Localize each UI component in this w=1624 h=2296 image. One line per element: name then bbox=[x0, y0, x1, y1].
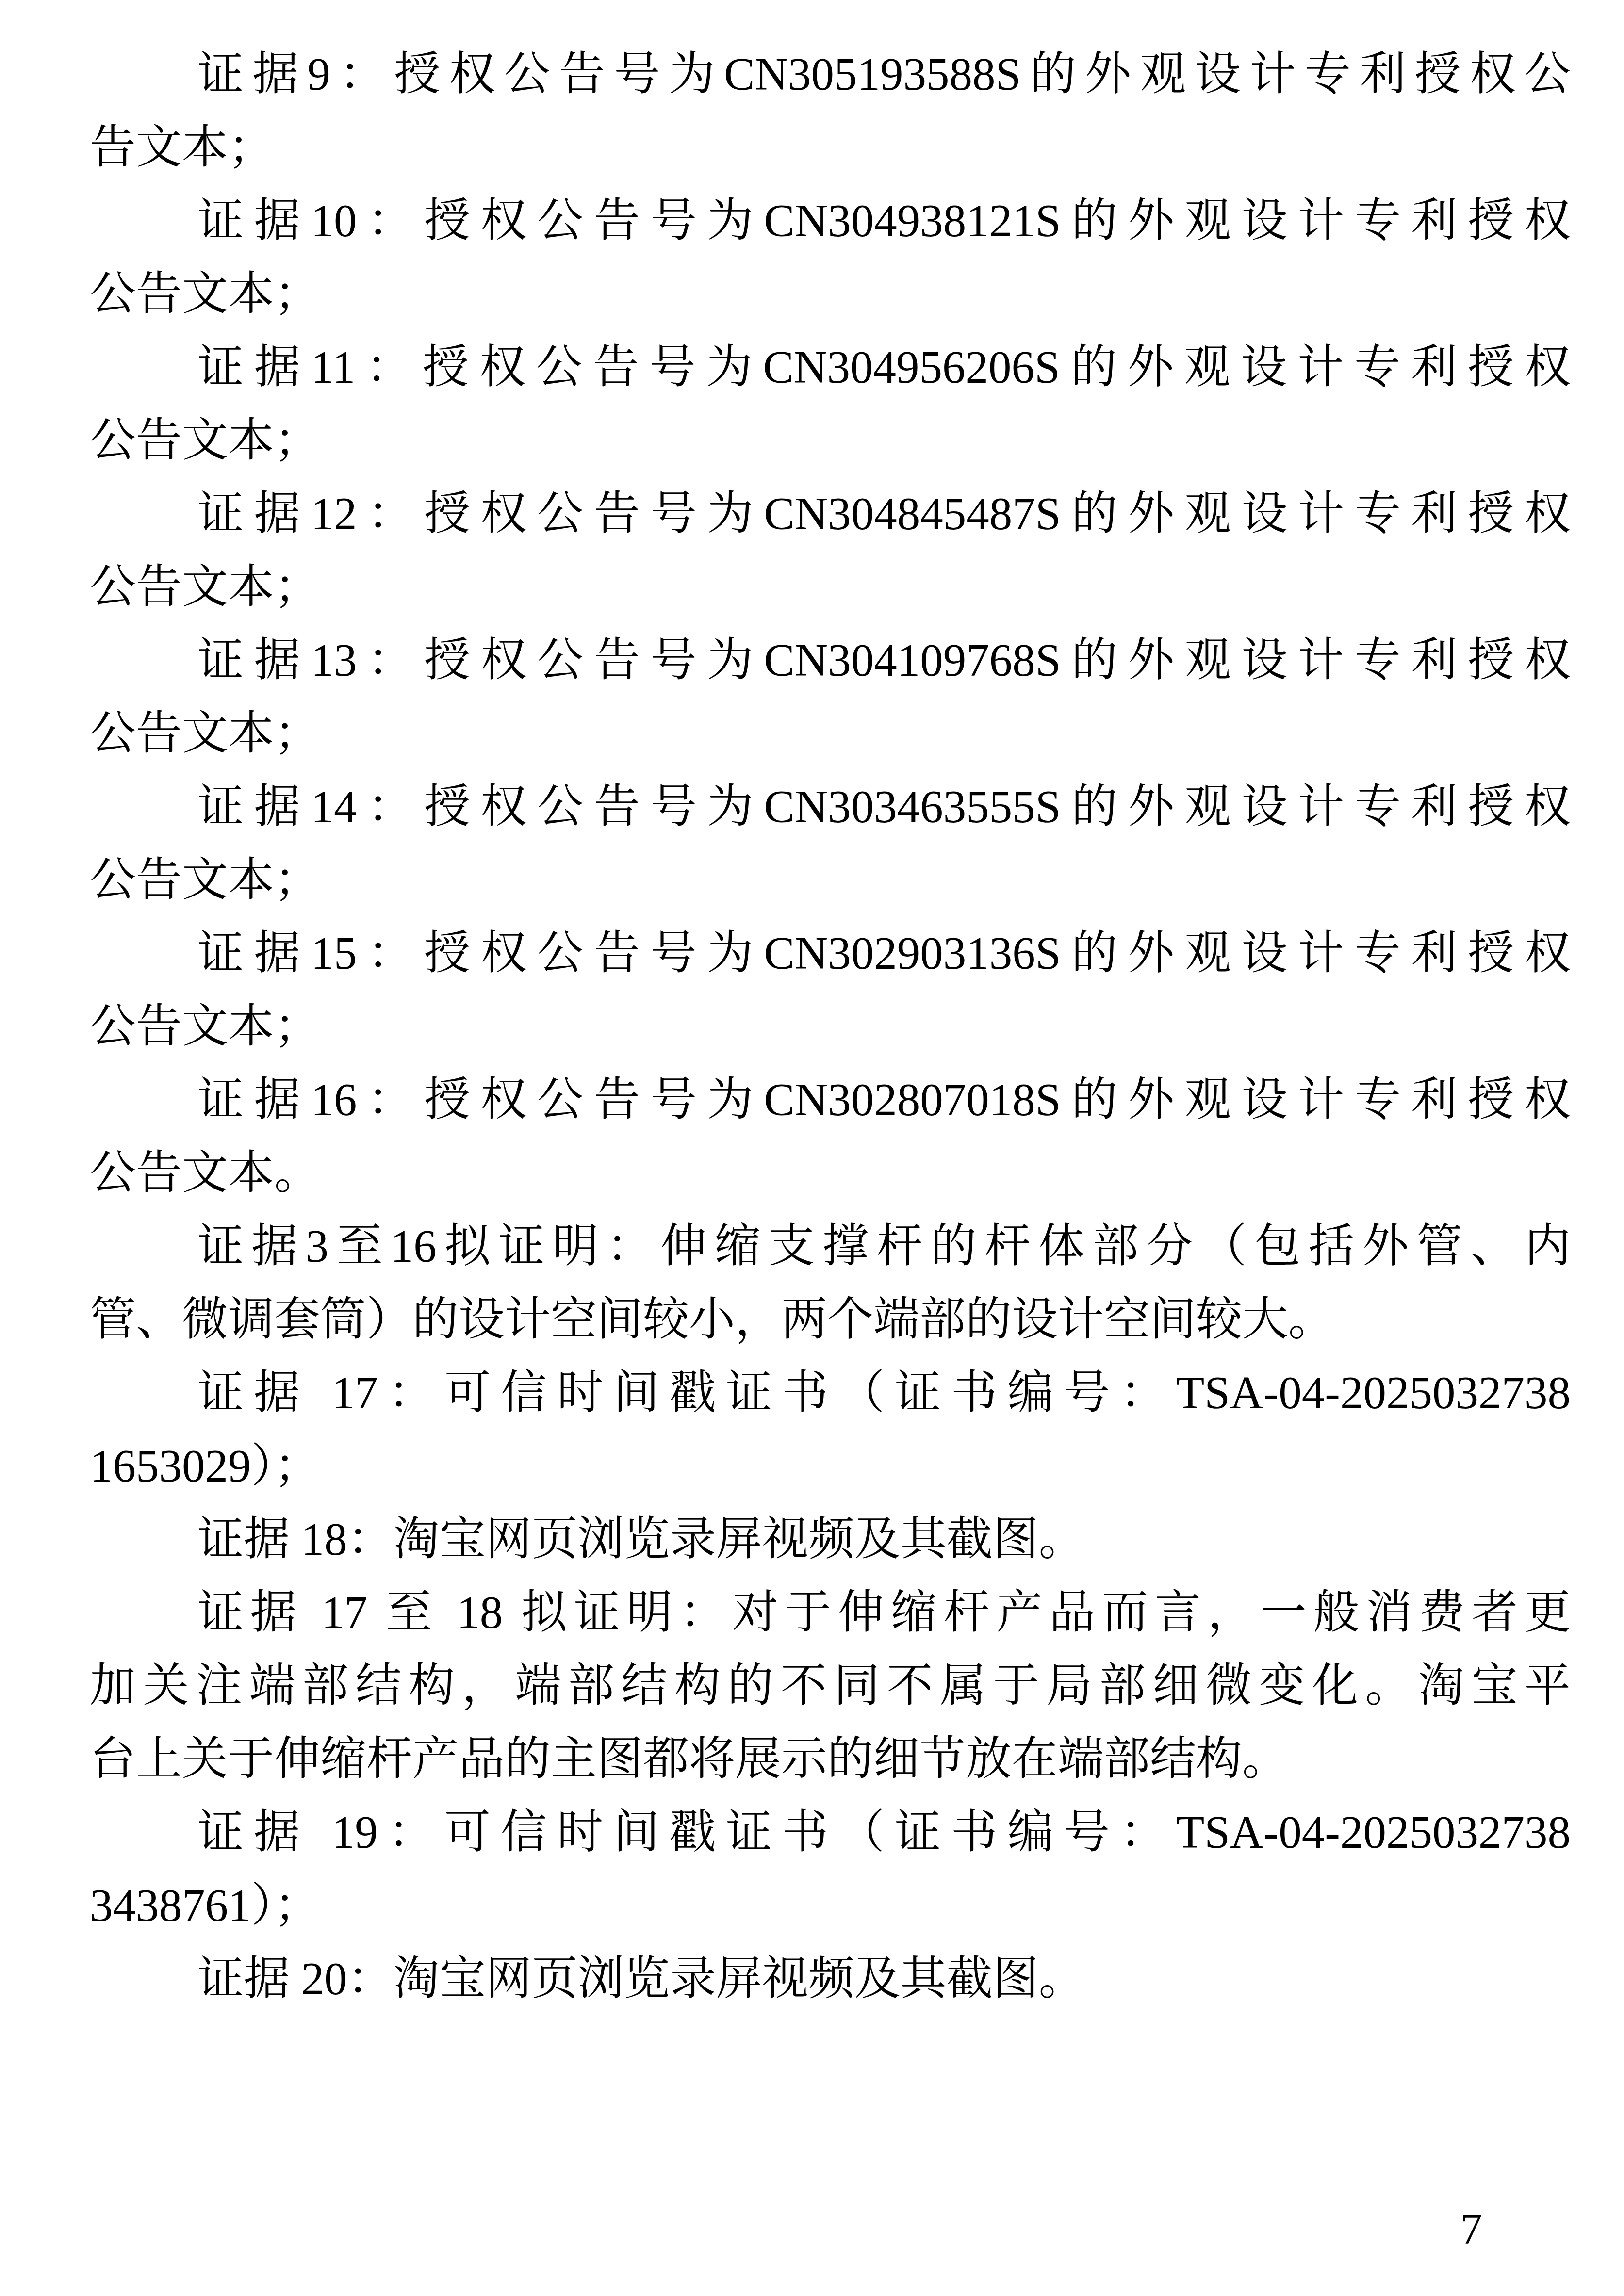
document-body: 证据9：授权公告号为CN305193588S的外观设计专利授权公告文本；证据10… bbox=[90, 38, 1571, 2016]
text-line: 公告文本； bbox=[90, 404, 1571, 477]
document-page: 证据9：授权公告号为CN305193588S的外观设计专利授权公告文本；证据10… bbox=[0, 0, 1624, 2296]
text-line: 证据 19：可信时间戳证书（证书编号：TSA-04-2025032738 bbox=[90, 1796, 1571, 1869]
text-line: 证据 20：淘宝网页浏览录屏视频及其截图。 bbox=[90, 1942, 1571, 2016]
text-line: 证据 18：淘宝网页浏览录屏视频及其截图。 bbox=[90, 1503, 1571, 1576]
text-line: 公告文本。 bbox=[90, 1137, 1571, 1210]
text-line: 管、微调套筒）的设计空间较小，两个端部的设计空间较大。 bbox=[90, 1283, 1571, 1356]
text-line: 证据 17：可信时间戳证书（证书编号：TSA-04-2025032738 bbox=[90, 1356, 1571, 1430]
text-line: 证据16：授权公告号为CN302807018S的外观设计专利授权 bbox=[90, 1063, 1571, 1137]
text-line: 证据 17 至 18 拟证明：对于伸缩杆产品而言，一般消费者更 bbox=[90, 1576, 1571, 1649]
text-line: 公告文本； bbox=[90, 697, 1571, 770]
text-line: 1653029）； bbox=[90, 1430, 1571, 1503]
text-line: 证据14：授权公告号为CN303463555S的外观设计专利授权 bbox=[90, 770, 1571, 844]
text-line: 告文本； bbox=[90, 111, 1571, 184]
text-line: 加关注端部结构，端部结构的不同不属于局部细微变化。淘宝平 bbox=[90, 1649, 1571, 1723]
page-number: 7 bbox=[1460, 2206, 1482, 2252]
text-line: 证据12：授权公告号为CN304845487S的外观设计专利授权 bbox=[90, 477, 1571, 551]
text-line: 证据10：授权公告号为CN304938121S的外观设计专利授权 bbox=[90, 184, 1571, 258]
text-line: 证据15：授权公告号为CN302903136S的外观设计专利授权 bbox=[90, 917, 1571, 990]
text-line: 公告文本； bbox=[90, 844, 1571, 917]
text-line: 证据3至16拟证明：伸缩支撑杆的杆体部分（包括外管、内 bbox=[90, 1210, 1571, 1283]
text-line: 证据9：授权公告号为CN305193588S的外观设计专利授权公 bbox=[90, 38, 1571, 111]
text-line: 公告文本； bbox=[90, 258, 1571, 331]
text-line: 台上关于伸缩杆产品的主图都将展示的细节放在端部结构。 bbox=[90, 1723, 1571, 1796]
text-line: 证据11：授权公告号为CN304956206S的外观设计专利授权 bbox=[90, 331, 1571, 404]
text-line: 公告文本； bbox=[90, 990, 1571, 1063]
text-line: 证据13：授权公告号为CN304109768S的外观设计专利授权 bbox=[90, 624, 1571, 697]
text-line: 公告文本； bbox=[90, 551, 1571, 624]
text-line: 3438761）； bbox=[90, 1869, 1571, 1942]
